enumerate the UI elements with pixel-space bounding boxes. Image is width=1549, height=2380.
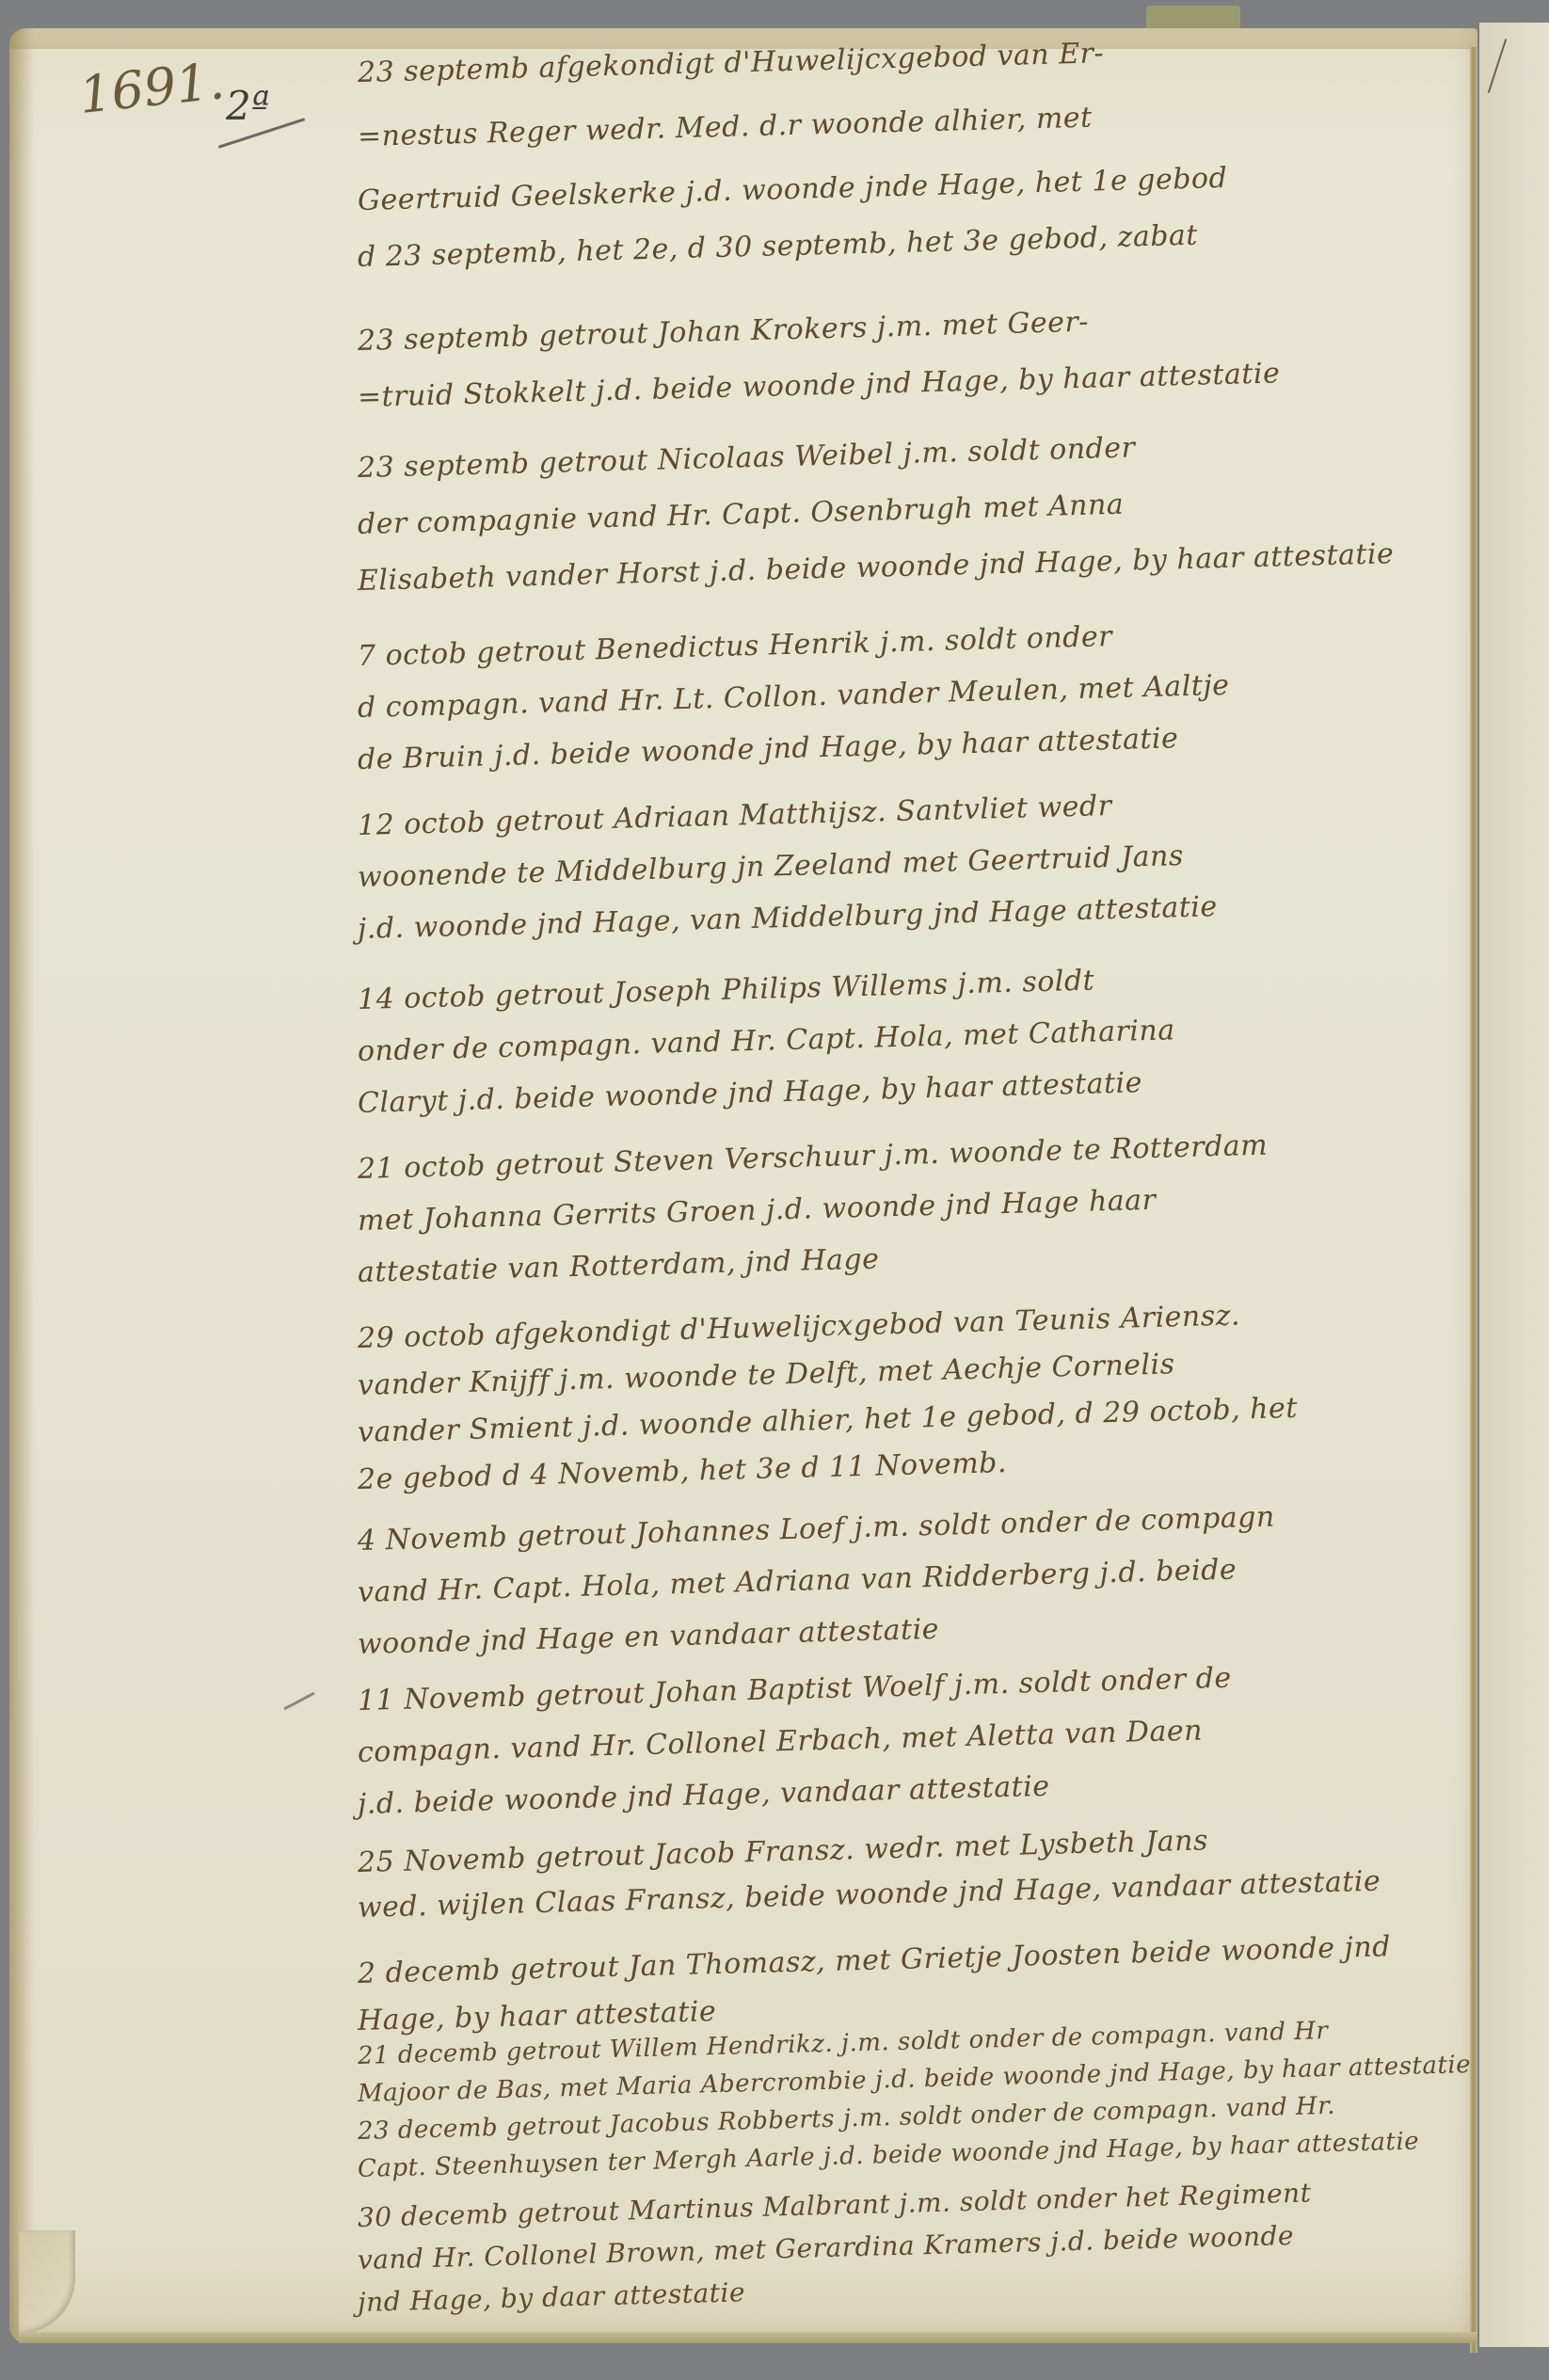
- page-bottom-edge: [19, 2332, 1477, 2343]
- binding-gutter: [1470, 47, 1477, 2353]
- facing-page-edge: [1479, 23, 1549, 2347]
- page-top-edge: [9, 21, 1477, 49]
- folio-number: 2ª: [226, 83, 270, 129]
